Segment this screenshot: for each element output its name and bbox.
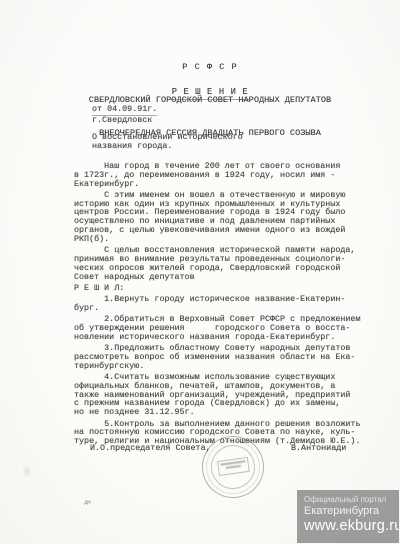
resolution-item: 2.Обратиться в Верховный Совет РСФСР с п… <box>74 315 374 341</box>
resolution-item: 3.Предложить областному Совету народных … <box>74 344 374 370</box>
doc-type-title: Р Е Ш Е Н И Е <box>170 87 250 100</box>
text-line: Екатеринбург. <box>74 180 374 189</box>
city-line: г.Свердловск <box>92 115 152 125</box>
resolution-item: 4.Считать возможным использование сущест… <box>74 373 374 417</box>
text-line: названия города. <box>92 142 243 151</box>
text-line: но не позднее 31.12.95г. <box>74 408 374 417</box>
text-line: бург. <box>74 304 374 313</box>
text-line: новлении исторического названия города-Е… <box>74 333 374 342</box>
resolution-heading: Р Е Ш И Л: <box>74 284 374 293</box>
document-body: Наш город в течение 200 лет от своего ос… <box>74 162 374 448</box>
doc-type-wrap: Р Е Ш Е Н И Е <box>38 81 382 100</box>
paragraph: С целью восстановления исторической памя… <box>74 246 374 281</box>
date-line: от 04.09.91г. <box>92 105 157 116</box>
portal-watermark: Официальный портал Екатеринбурга www.ekb… <box>297 490 399 543</box>
text-line: Совет народных депутатов <box>74 273 374 282</box>
signature-name: В.Антониади <box>291 443 346 453</box>
scan-smudge <box>22 464 32 478</box>
resolution-item: 1.Вернуть городу историческое название-Е… <box>74 295 374 313</box>
watermark-line2: Екатеринбурга <box>304 505 399 518</box>
signature-title: И.О.председателя Совета, <box>90 443 211 453</box>
clerk-initials: ДМ <box>84 499 90 506</box>
header-country: Р С Ф С Р <box>38 62 382 73</box>
paragraph: С этим именем он вошел в отечественную и… <box>74 191 374 244</box>
round-stamp <box>198 432 268 502</box>
text-line: органов, с целью увековечивания имени од… <box>74 226 374 235</box>
text-line: 1.Вернуть городу историческое название-Е… <box>74 295 374 304</box>
date-block: от 04.09.91г. г.Свердловск <box>92 105 157 125</box>
text-line: Р Е Ш И Л: <box>74 284 374 293</box>
watermark-url: www.ekburg.ru <box>304 518 399 535</box>
text-line: РКП(б). <box>74 235 374 244</box>
scanned-document-page: Р С Ф С Р СВЕРДЛОВСКИЙ ГОРОДСКОЙ СОВЕТ Н… <box>0 0 400 544</box>
paragraph: Наш город в течение 200 лет от своего ос… <box>74 162 374 188</box>
watermark-line1: Официальный портал <box>304 495 399 505</box>
subject-block: О восстановлении историческогоназвания г… <box>92 133 243 151</box>
text-line: теринбургскую. <box>74 362 374 371</box>
